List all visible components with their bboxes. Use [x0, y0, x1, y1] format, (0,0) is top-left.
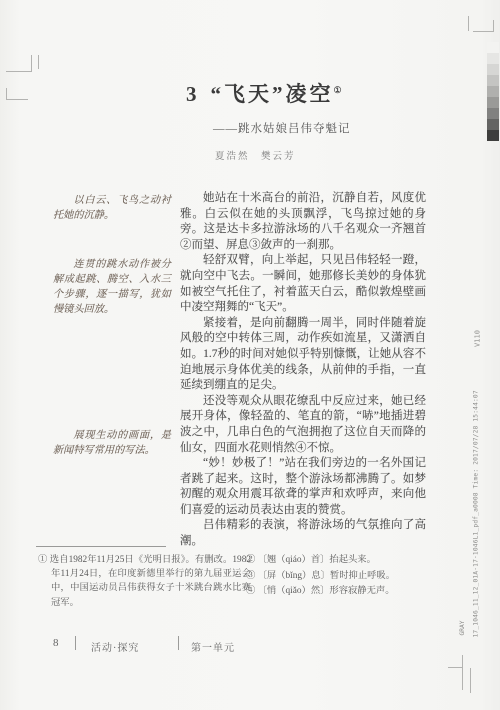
body-paragraph: 还没等观众从眼花缭乱中反应过来，她已经展开身体，像轻盈的、笔直的箭，“哧”地插进…: [180, 394, 426, 456]
footer-unit-label: 第一单元: [191, 639, 235, 654]
margin-note: 以白云、飞鸟之动衬托她的沉静。: [53, 193, 171, 223]
margin-note: 展现生动的画面，是新闻特写常用的写法。: [53, 428, 171, 458]
footer-section-label: 活动·探究: [91, 639, 139, 654]
lesson-title-text: “飞天”凌空: [211, 82, 334, 106]
gray-mode-label: GRAY: [459, 615, 467, 641]
body-paragraph: 紧接着，是向前翻腾一周半，同时伴随着旋风般的空中转体三周，动作疾如流星，又潇洒自…: [180, 316, 426, 394]
registration-mark: [6, 71, 32, 72]
authors: 夏浩然 樊云芳: [215, 148, 296, 162]
registration-mark: [38, 55, 39, 69]
grayscale-strip: [487, 42, 499, 141]
footnote-item: ④ 〔悄（qiǎo）然〕形容寂静无声。: [246, 584, 466, 600]
footnote-source: ① 选自1982年11月25日《光明日报》。有删改。1982年11月24日，在印…: [38, 553, 251, 610]
grayscale-step: [487, 53, 499, 64]
textbook-page: 3“飞天”凌空① ——跳水姑娘吕伟夺魁记 夏浩然 樊云芳 以白云、飞鸟之动衬托她…: [0, 0, 500, 710]
registration-mark: [468, 16, 469, 31]
scan-code-label: V110: [474, 322, 483, 356]
grayscale-step: [487, 75, 499, 86]
registration-mark: [462, 655, 463, 690]
grayscale-step: [487, 130, 499, 141]
footnote-terms: ② 〔翘（qiáo）首〕抬起头来。 ③ 〔屏（bǐng）息〕暂时抑止呼吸。 ④ …: [246, 553, 466, 600]
grayscale-step: [487, 42, 499, 53]
body-paragraph: 她站在十米高台的前沿，沉静自若，风度优雅。白云似在她的头顶飘浮，飞鸟掠过她的身旁…: [180, 191, 426, 253]
body-paragraph: 轻舒双臂，向上举起，只见吕伟轻轻一蹬，就向空中飞去。一瞬间，她那修长美妙的身体犹…: [180, 253, 426, 315]
registration-mark: [470, 668, 471, 693]
body-paragraph: 吕伟精彩的表演，将游泳场的气氛推向了高潮。: [180, 518, 426, 549]
registration-mark: [448, 667, 462, 668]
footnote-item: ② 〔翘（qiáo）首〕抬起头来。: [246, 553, 466, 569]
footnote-separator: [36, 546, 166, 547]
registration-mark: [6, 99, 28, 100]
body-text-column: 她站在十米高台的前沿，沉静自若，风度优雅。白云似在她的头顶飘浮，飞鸟掠过她的身旁…: [180, 191, 426, 550]
body-paragraph: “妙！妙极了！”站在我们旁边的一名外国记者跳了起来。这时，整个游泳场都沸腾了。如…: [180, 456, 426, 518]
scan-info-text: 17_1046_11_12_01A-17-1046L1_pdf_a0008 Ti…: [473, 418, 482, 638]
title-footnote-ref: ①: [334, 85, 342, 95]
lesson-number: 3: [186, 82, 197, 106]
margin-note: 连贯的跳水动作被分解成起跳、腾空、入水三个步骤，逐一描写，犹如慢镜头回放。: [53, 257, 171, 317]
registration-mark: [31, 55, 32, 72]
footer-divider: [75, 636, 76, 650]
grayscale-step: [487, 86, 499, 97]
registration-mark: [473, 31, 493, 32]
footnote-item: ③ 〔屏（bǐng）息〕暂时抑止呼吸。: [246, 569, 466, 585]
registration-mark: [6, 88, 7, 100]
grayscale-step: [487, 108, 499, 119]
grayscale-step: [487, 64, 499, 75]
grayscale-step: [487, 119, 499, 130]
grayscale-step: [487, 97, 499, 108]
registration-mark: [493, 20, 494, 32]
page-title: 3“飞天”凌空①: [186, 78, 342, 108]
page-number: 8: [53, 637, 59, 649]
footer-divider: [178, 636, 179, 650]
lesson-subtitle: ——跳水姑娘吕伟夺魁记: [213, 120, 351, 136]
